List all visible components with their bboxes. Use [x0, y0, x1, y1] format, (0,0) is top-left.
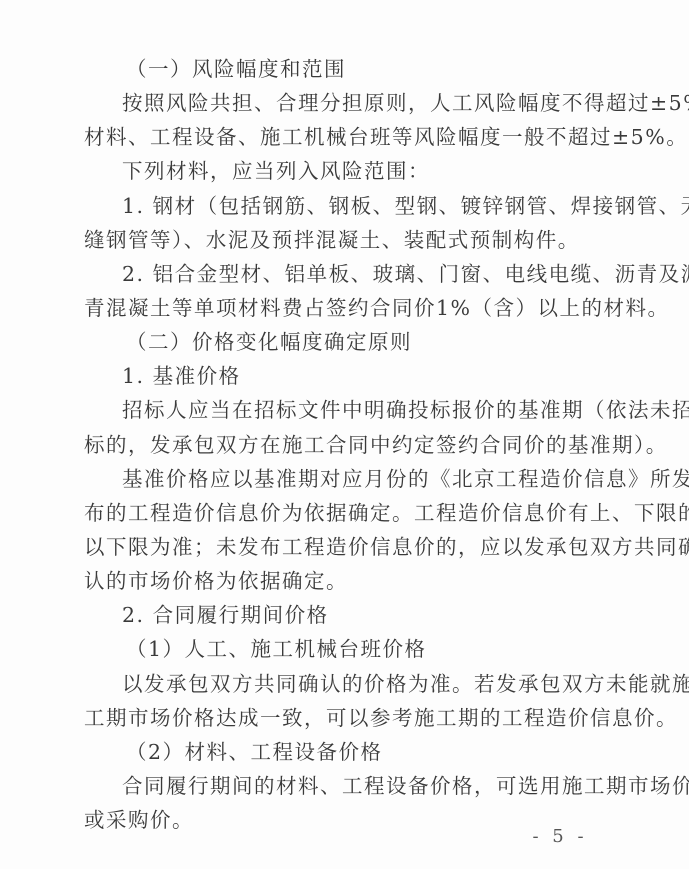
paragraph-line: 按照风险共担、合理分担原则，人工风险幅度不得超过±5%， [84, 86, 604, 120]
section-heading-risk-range: （一）风险幅度和范围 [84, 52, 604, 86]
paragraph-line: 认的市场价格为依据确定。 [84, 564, 604, 598]
paragraph-line: 以发承包双方共同确认的价格为准。若发承包双方未能就施 [84, 667, 604, 701]
paragraph-line: 材料、工程设备、施工机械台班等风险幅度一般不超过±5%。 [84, 120, 604, 154]
paragraph-line: 缝钢管等）、水泥及预拌混凝土、装配式预制构件。 [84, 223, 604, 257]
page-number: - 5 - [530, 826, 590, 847]
paragraph-line: 招标人应当在招标文件中明确投标报价的基准期（依法未招 [84, 393, 604, 427]
section-heading-price-change: （二）价格变化幅度确定原则 [84, 325, 604, 359]
paragraph-line: 布的工程造价信息价为依据确定。工程造价信息价有上、下限的， [84, 496, 604, 530]
paragraph-line: 以下限为准；未发布工程造价信息价的，应以发承包双方共同确 [84, 530, 604, 564]
paragraph-line: 下列材料，应当列入风险范围： [84, 154, 604, 188]
document-page: （一）风险幅度和范围 按照风险共担、合理分担原则，人工风险幅度不得超过±5%， … [84, 52, 604, 837]
paragraph-line: 基准价格应以基准期对应月份的《北京工程造价信息》所发 [84, 462, 604, 496]
list-item-steel: 1. 钢材（包括钢筋、钢板、型钢、镀锌钢管、焊接钢管、无 [84, 189, 604, 223]
heading-material-equipment-price: （2）材料、工程设备价格 [84, 735, 604, 769]
subheading-base-price: 1. 基准价格 [84, 359, 604, 393]
subheading-contract-period-price: 2. 合同履行期间价格 [84, 598, 604, 632]
list-item-aluminum: 2. 铝合金型材、铝单板、玻璃、门窗、电线电缆、沥青及沥 [84, 257, 604, 291]
paragraph-line: 青混凝土等单项材料费占签约合同价1%（含）以上的材料。 [84, 291, 604, 325]
paragraph-line: 合同履行期间的材料、工程设备价格，可选用施工期市场价 [84, 769, 604, 803]
paragraph-line: 工期市场价格达成一致，可以参考施工期的工程造价信息价。 [84, 701, 604, 735]
heading-labor-machinery-price: （1）人工、施工机械台班价格 [84, 632, 604, 666]
paragraph-line: 或采购价。 [84, 803, 604, 837]
paragraph-line: 标的，发承包双方在施工合同中约定签约合同价的基准期）。 [84, 428, 604, 462]
